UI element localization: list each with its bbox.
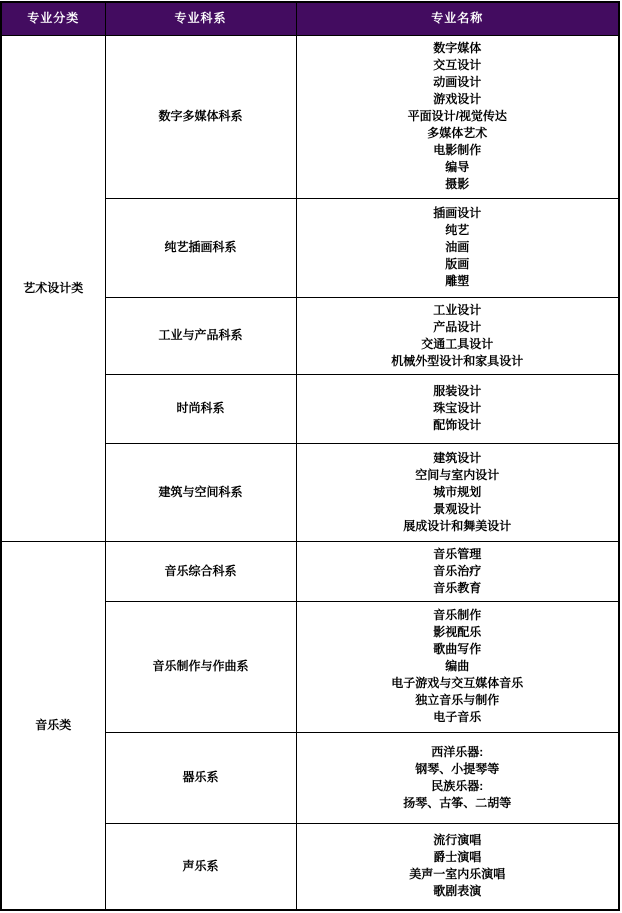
department-cell: 纯艺插画科系	[105, 198, 296, 297]
department-cell: 音乐制作与作曲系	[105, 601, 296, 732]
majors-cell: 建筑设计 空间与室内设计 城市规划 景观设计 展成设计和舞美设计	[296, 443, 619, 541]
majors-cell: 流行演唱 爵士演唱 美声一室内乐演唱 歌剧表演	[296, 823, 619, 910]
majors-cell: 服装设计 珠宝设计 配饰设计	[296, 374, 619, 443]
department-cell: 声乐系	[105, 823, 296, 910]
department-cell: 数字多媒体科系	[105, 35, 296, 198]
header-category: 专业分类	[1, 2, 105, 35]
majors-cell: 音乐制作 影视配乐 歌曲写作 编曲 电子游戏与交互媒体音乐 独立音乐与制作 电子…	[296, 601, 619, 732]
majors-cell: 插画设计 纯艺 油画 版画 雕塑	[296, 198, 619, 297]
department-cell: 工业与产品科系	[105, 297, 296, 374]
department-cell: 建筑与空间科系	[105, 443, 296, 541]
majors-cell: 音乐管理 音乐治疗 音乐教育	[296, 541, 619, 601]
majors-cell: 工业设计 产品设计 交通工具设计 机械外型设计和家具设计	[296, 297, 619, 374]
header-majors: 专业名称	[296, 2, 619, 35]
category-cell-art-design: 艺术设计类	[1, 35, 105, 541]
majors-table: 专业分类 专业科系 专业名称 艺术设计类 数字多媒体科系 数字媒体 交互设计 动…	[0, 1, 620, 911]
department-cell: 器乐系	[105, 732, 296, 823]
majors-cell: 数字媒体 交互设计 动画设计 游戏设计 平面设计/视觉传达 多媒体艺术 电影制作…	[296, 35, 619, 198]
majors-cell: 西洋乐器: 钢琴、小提琴等 民族乐器: 扬琴、古筝、二胡等	[296, 732, 619, 823]
department-cell: 时尚科系	[105, 374, 296, 443]
table-row: 艺术设计类 数字多媒体科系 数字媒体 交互设计 动画设计 游戏设计 平面设计/视…	[1, 35, 619, 198]
table-row: 音乐类 音乐综合科系 音乐管理 音乐治疗 音乐教育	[1, 541, 619, 601]
department-cell: 音乐综合科系	[105, 541, 296, 601]
page: 专业分类 专业科系 专业名称 艺术设计类 数字多媒体科系 数字媒体 交互设计 动…	[0, 0, 622, 913]
header-department: 专业科系	[105, 2, 296, 35]
category-cell-music: 音乐类	[1, 541, 105, 910]
header-row: 专业分类 专业科系 专业名称	[1, 2, 619, 35]
